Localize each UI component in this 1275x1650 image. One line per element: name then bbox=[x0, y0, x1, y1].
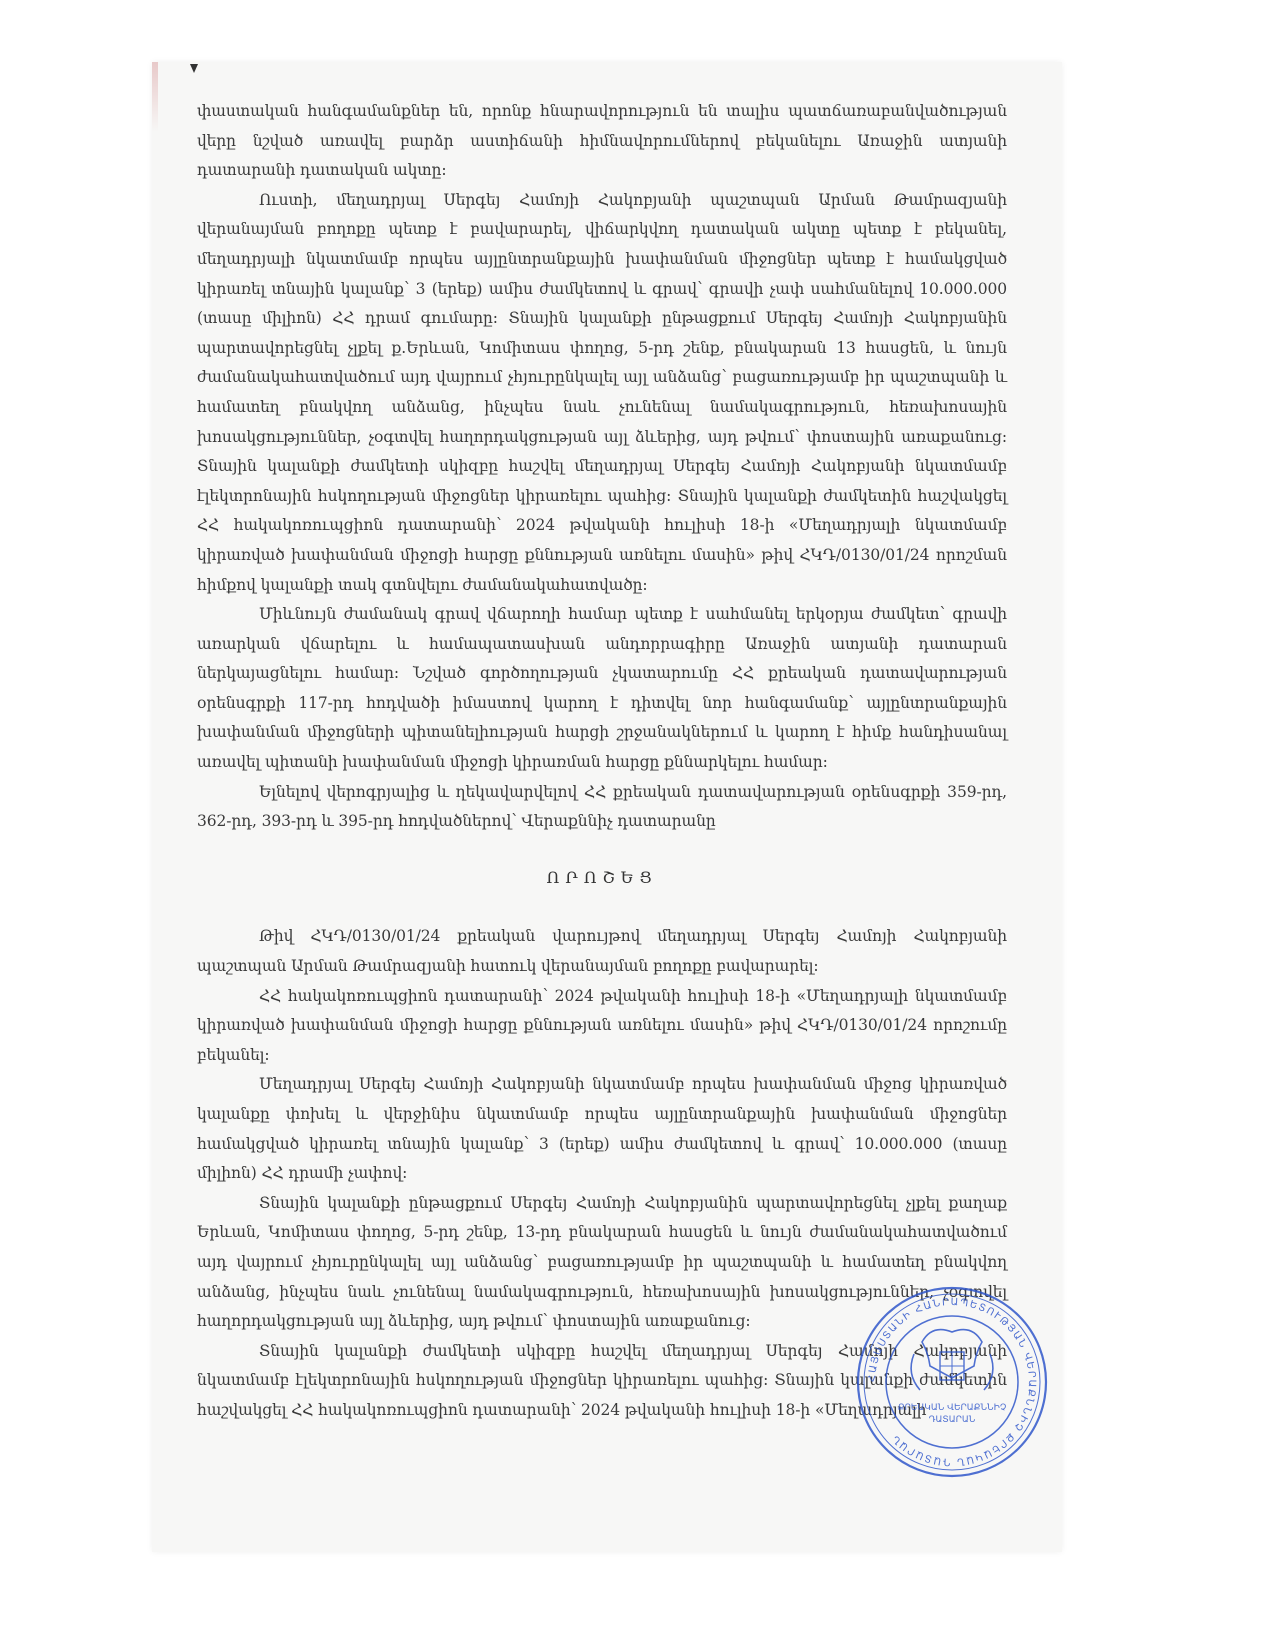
svg-text:ՔՐԵԱԿԱՆ ՎԵՐԱՔՆՆԻՉ: ՔՐԵԱԿԱՆ ՎԵՐԱՔՆՆԻՉ bbox=[898, 1403, 1007, 1413]
paragraph: Ուստի, մեղադրյալ Սերգեյ Համոյի Հակոբյանի… bbox=[197, 186, 1007, 600]
svg-text:ՀԱՅԱՍՏԱՆԻ ՀԱՆՐԱՊԵՏՈՒԹՅԱՆ ՎԵՐԱՔ: ՀԱՅԱՍՏԱՆԻ ՀԱՆՐԱՊԵՏՈՒԹՅԱՆ ՎԵՐԱՔՆՆԻՉ ՔՐԵԱԿ… bbox=[867, 1297, 1037, 1467]
paragraph: Թիվ ՀԿԴ/0130/01/24 քրեական վարույթով մեղ… bbox=[197, 922, 1007, 981]
scan-edge-mark bbox=[152, 62, 158, 132]
pin-mark-icon bbox=[190, 64, 198, 73]
paragraph: ՀՀ հակակոռուպցիոն դատարանի՝ 2024 թվականի… bbox=[197, 982, 1007, 1071]
paragraph: Ելնելով վերոգրյալից և ղեկավարվելով ՀՀ քր… bbox=[197, 778, 1007, 837]
paragraphs-before-heading: փաստական հանգամանքներ են, որոնք հնարավոր… bbox=[197, 97, 1007, 837]
paragraph: Մեղադրյալ Սերգեյ Համոյի Հակոբյանի նկատմա… bbox=[197, 1070, 1007, 1188]
decision-heading: ՈՐՈՇԵՑ bbox=[197, 863, 1007, 893]
paragraph: Միևնույն ժամանակ գրավ վճարողի համար պետք… bbox=[197, 600, 1007, 778]
court-seal-stamp-icon: ՀԱՅԱՍՏԱՆԻ ՀԱՆՐԱՊԵՏՈՒԹՅԱՆ ՎԵՐԱՔՆՆԻՉ ՔՐԵԱԿ… bbox=[852, 1282, 1052, 1482]
svg-text:ԴԱՏԱՐԱՆ: ԴԱՏԱՐԱՆ bbox=[929, 1415, 976, 1425]
document-body: փաստական հանգամանքներ են, որոնք հնարավոր… bbox=[197, 97, 1007, 1426]
paragraph: փաստական հանգամանքներ են, որոնք հնարավոր… bbox=[197, 97, 1007, 186]
